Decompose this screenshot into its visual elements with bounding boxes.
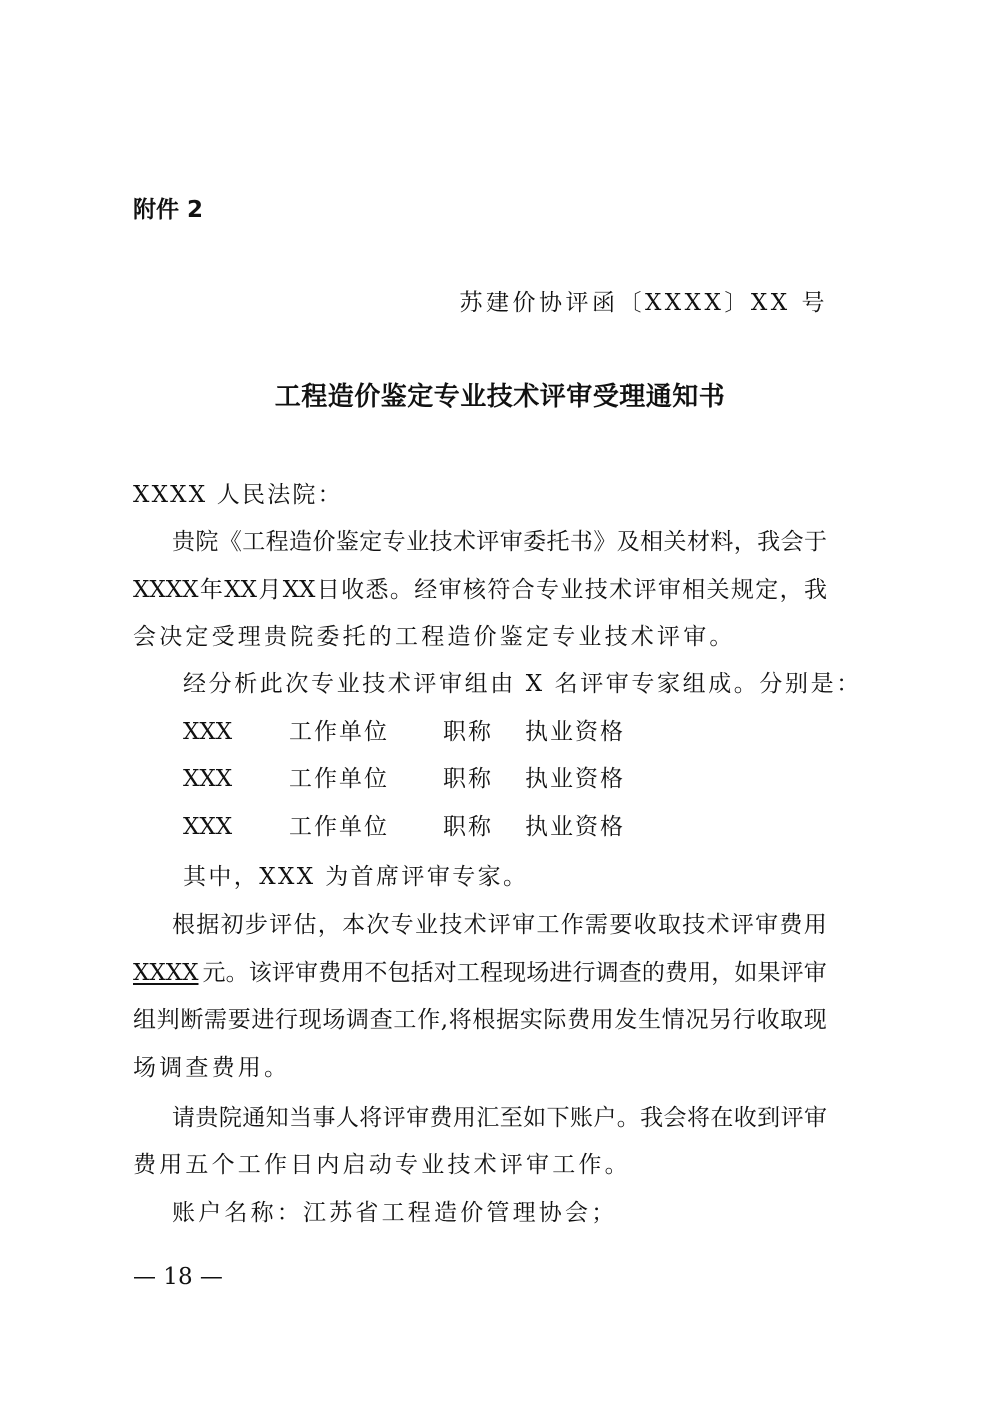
expert-qualification: 执业资格 bbox=[525, 764, 625, 794]
account-name-line: 账户名称：江苏省工程造价管理协会； bbox=[172, 1198, 617, 1228]
paragraph-4-line-2: 费用五个工作日内启动专业技术评审工作。 bbox=[133, 1150, 631, 1180]
expert-unit: 工作单位 bbox=[289, 812, 389, 842]
attachment-label: 附件 2 bbox=[133, 195, 203, 225]
expert-unit: 工作单位 bbox=[289, 717, 389, 747]
chief-expert-line: 其中，XXX 为首席评审专家。 bbox=[183, 862, 528, 892]
salutation: XXXX 人民法院： bbox=[133, 480, 343, 510]
expert-unit: 工作单位 bbox=[289, 764, 389, 794]
paragraph-3-line-2-rest: 元。该评审费用不包括对工程现场进行调查的费用，如果评审 bbox=[203, 958, 828, 988]
expert-title: 职称 bbox=[443, 717, 493, 747]
expert-title: 职称 bbox=[443, 764, 493, 794]
paragraph-3-line-1: 根据初步评估，本次专业技术评审工作需要收取技术评审费用 bbox=[172, 910, 827, 940]
paragraph-3-line-2: XXXX 元。该评审费用不包括对工程现场进行调查的费用，如果评审 bbox=[133, 958, 827, 988]
expert-qualification: 执业资格 bbox=[525, 717, 625, 747]
expert-name: XXX bbox=[183, 717, 232, 747]
paragraph-1-line-2: XXXX年XX月XX日收悉。经审核符合专业技术评审相关规定，我 bbox=[133, 575, 827, 605]
paragraph-4-line-1: 请贵院通知当事人将评审费用汇至如下账户。我会将在收到评审 bbox=[172, 1103, 827, 1133]
paragraph-3-line-3: 组判断需要进行现场调查工作,将根据实际费用发生情况另行收取现 bbox=[133, 1005, 827, 1035]
fee-amount: XXXX bbox=[133, 958, 199, 988]
expert-name: XXX bbox=[183, 812, 232, 842]
document-page: 附件 2 苏建价协评函〔XXXX〕XX 号 工程造价鉴定专业技术评审受理通知书 … bbox=[0, 0, 1000, 1414]
expert-qualification: 执业资格 bbox=[525, 812, 625, 842]
document-number: 苏建价协评函〔XXXX〕XX 号 bbox=[459, 288, 828, 318]
paragraph-1-line-1: 贵院《工程造价鉴定专业技术评审委托书》及相关材料，我会于 bbox=[172, 527, 827, 557]
page-number: — 18 — bbox=[133, 1262, 223, 1292]
paragraph-1-line-3: 会决定受理贵院委托的工程造价鉴定专业技术评审。 bbox=[133, 622, 736, 652]
expert-name: XXX bbox=[183, 764, 232, 794]
document-title: 工程造价鉴定专业技术评审受理通知书 bbox=[0, 382, 1000, 412]
paragraph-3-line-4: 场调查费用。 bbox=[133, 1053, 290, 1083]
paragraph-2: 经分析此次专业技术评审组由 X 名评审专家组成。分别是： bbox=[183, 669, 862, 699]
expert-title: 职称 bbox=[443, 812, 493, 842]
